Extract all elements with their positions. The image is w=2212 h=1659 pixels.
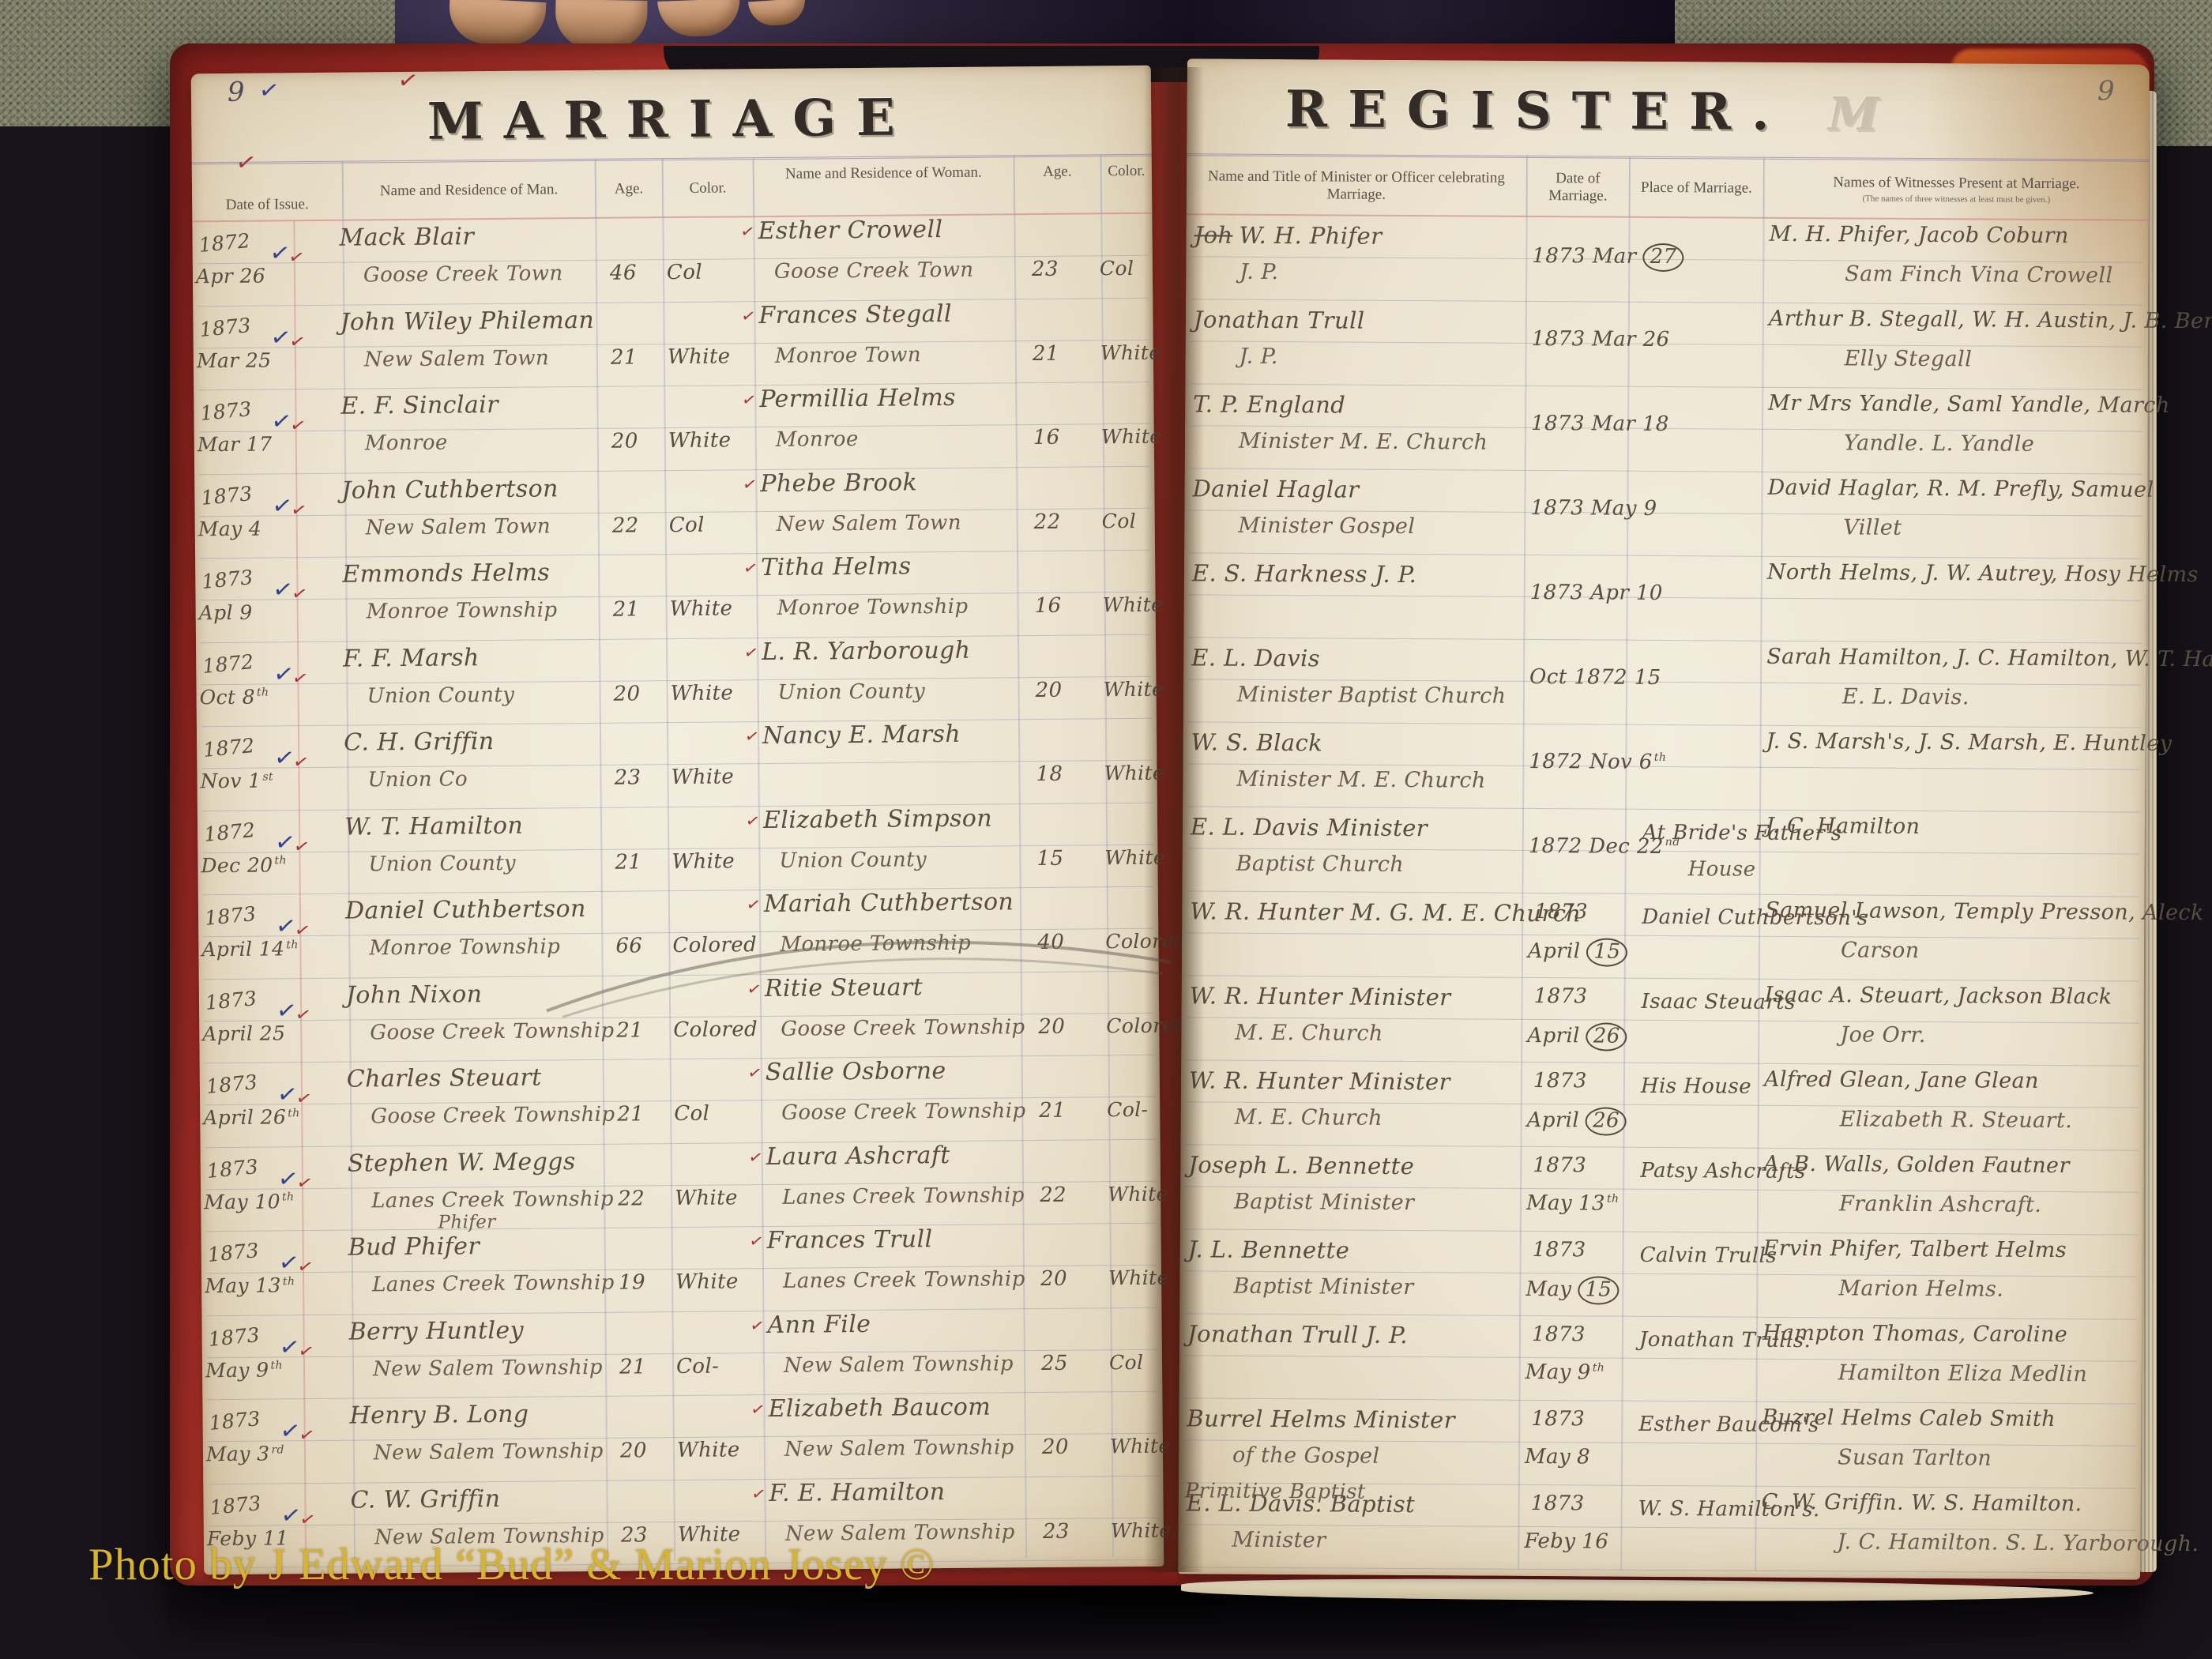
witnesses-line1: Sarah Hamilton, J. C. Hamilton, W. T. Ha… (1766, 645, 2212, 672)
woman-name: Permillia Helms (759, 384, 956, 413)
woman-age: 21 (1039, 1099, 1066, 1123)
man-name: Henry B. Long (349, 1401, 529, 1430)
witnesses-line1: Isaac A. Steuart, Jackson Black (1765, 983, 2112, 1010)
witnesses-line1: Alfred Glean, Jane Glean (1764, 1067, 2039, 1093)
man-age: 21 (615, 850, 641, 874)
ordinal-suffix: th (1654, 751, 1667, 764)
ordinal-suffix: th (1607, 1193, 1619, 1206)
man-residence: Lanes Creek Township (371, 1187, 614, 1213)
issue-year: 1873 (199, 397, 253, 425)
witnesses-line1: North Helms, J. W. Autrey, Hosy Helms (1767, 560, 2199, 587)
woman-residence: Lanes Creek Township (782, 1183, 1025, 1209)
issue-year: 1873 (208, 1407, 261, 1435)
column-header-date-of-marriage: Date of Marriage. (1526, 158, 1629, 216)
issue-year: 1872 (197, 229, 251, 257)
witnesses-line1: J. S. Marsh's, J. S. Marsh, E. Huntley (1766, 729, 2172, 756)
woman-age: 16 (1035, 594, 1062, 618)
register-row: E. L. DavisMinister Baptist ChurchOct 18… (1183, 638, 2146, 728)
check-mark-red-icon: ✓ (739, 223, 756, 242)
witnesses-line1: Samuel Lawson, Temply Presson, Aleck (1765, 898, 2204, 925)
woman-age: 16 (1033, 426, 1060, 450)
issue-month-day: May 9th (205, 1358, 283, 1382)
man-color: Col (667, 261, 702, 284)
minister-name: Daniel Haglar (1192, 475, 1359, 502)
witnesses-line2: E. L. Davis. (1842, 684, 1969, 709)
book-spine-shadow (1144, 67, 1204, 1572)
marriage-month-day: 1873 Mar 18 (1531, 412, 1669, 436)
marriage-year: 1873 (1533, 1238, 1586, 1262)
issue-month-day: Nov 1st (200, 769, 273, 792)
man-residence: Union County (368, 851, 516, 876)
minister-title: Minister M. E. Church (1236, 767, 1486, 793)
issue-month-day: April 26th (203, 1105, 300, 1129)
issue-month-day: April 25 (202, 1021, 285, 1045)
check-mark-red-icon: ✓ (750, 1484, 767, 1503)
man-color: White (671, 849, 735, 874)
man-age: 66 (615, 934, 642, 957)
man-name: C. W. Griffin (350, 1484, 500, 1514)
woman-residence: Monroe Town (775, 343, 921, 368)
minister-title: J. P. (1239, 344, 1277, 369)
issue-month-day: May 4 (198, 517, 262, 540)
man-residence: New Salem Town (366, 514, 551, 540)
woman-color: Col (1102, 509, 1137, 532)
minister-name: Jonathan Trull J. P. (1187, 1320, 1408, 1349)
woman-color: Col- (1107, 1098, 1148, 1121)
man-age: 21 (611, 345, 638, 369)
man-name: John Cuthbertson (341, 475, 559, 504)
column-header-woman: Name and Residence of Woman. (753, 157, 1014, 216)
register-row: Jonathan TrullJ. P.1873 Mar 26Arthur B. … (1185, 299, 2148, 389)
woman-name: Nancy E. Marsh (762, 720, 961, 750)
woman-age: 23 (1043, 1519, 1070, 1543)
marriage-month-day: May15 (1525, 1276, 1619, 1305)
register-rows: JohW. H. PhiferJ. P.1873 Mar27M. H. Phif… (1178, 215, 2148, 1573)
minister-title: Minister Gospel (1238, 513, 1415, 539)
man-residence: Monroe Township (369, 935, 560, 960)
issue-year: 1873 (207, 1239, 261, 1266)
man-name: Emmonds Helms (342, 559, 550, 588)
woman-residence: New Salem Township (784, 1352, 1014, 1378)
check-mark-red-icon: ✓ (298, 1509, 317, 1530)
column-header-age: Age. (1014, 156, 1101, 213)
woman-residence: New Salem Township (784, 1435, 1014, 1461)
minister-name: W. S. Black (1191, 728, 1322, 756)
witnesses-line1: M. H. Phifer, Jacob Coburn (1769, 222, 2068, 248)
woman-name: F. E. Hamilton (769, 1478, 945, 1507)
witnesses-line1: David Haglar, R. M. Prefly, Samuel (1767, 476, 2154, 502)
day-number: 16 (1582, 1529, 1608, 1553)
circled-day-number: 15 (1586, 938, 1627, 966)
woman-name: Ann File (767, 1310, 871, 1338)
check-mark-red-icon: ✓ (288, 415, 307, 436)
woman-age: 25 (1041, 1351, 1068, 1375)
marriage-row: 1872Nov 1st✓✓C. H. GriffinUnion Co23Whit… (197, 719, 1157, 811)
marriage-month-day: Feby16 (1524, 1529, 1608, 1554)
marriage-month-day: 1873 Mar27 (1532, 243, 1683, 272)
marriage-year: 1873 (1534, 984, 1588, 1008)
minister-name: W. R. Hunter M. G. M. E. Church (1190, 897, 1581, 927)
witnesses-line1: A. B. Walls, Golden Fautner (1763, 1152, 2070, 1178)
man-name: W. T. Hamilton (344, 811, 523, 841)
marriage-year: 1873 (1532, 1322, 1586, 1346)
man-residence: Union Co (367, 767, 468, 792)
witnesses-line2: Susan Tarlton (1838, 1445, 1992, 1470)
woman-residence: Goose Creek Township (781, 1015, 1025, 1041)
marriage-month-day: April15 (1528, 938, 1628, 967)
issue-month-day: Apr 26 (196, 265, 265, 288)
check-mark-red-icon: ✓ (743, 643, 759, 662)
marriage-year: 1873 (1533, 1069, 1587, 1093)
marriage-row: 1872Apr 26✓✓Mack BlairGoose Creek Town46… (192, 214, 1153, 307)
woman-age: 15 (1036, 846, 1063, 870)
faded-letter-m: M (1828, 87, 1886, 141)
check-mark-red-icon: ✓ (295, 1172, 314, 1194)
register-row: E. L. Davis MinisterBaptist Church1872 D… (1182, 807, 2145, 897)
witnesses-line2: Hamilton Eliza Medlin (1838, 1360, 2088, 1386)
witnesses-line2: Yandle. L. Yandle (1844, 431, 2034, 456)
marriage-row: 1873April 14th✓✓Daniel CuthbertsonMonroe… (198, 887, 1159, 980)
man-residence: Goose Creek Township (371, 1103, 615, 1129)
register-row: Joseph L. BennetteBaptist Minister1873Ma… (1180, 1145, 2143, 1235)
register-row: Burrel Helms Ministerof the GospelPrimit… (1179, 1398, 2142, 1488)
issue-month-day: May 3rd (206, 1442, 284, 1465)
issue-year: 1873 (207, 1322, 261, 1350)
place-of-marriage: His House (1641, 1074, 1751, 1099)
issue-year: 1872 (201, 649, 255, 677)
register-row: Jonathan Trull J. P.1873May9thJonathan T… (1179, 1314, 2142, 1404)
check-mark-red-icon: ✓ (743, 728, 760, 747)
register-row: Daniel HaglarMinister Gospel1873 May 9Da… (1184, 468, 2147, 559)
ordinal-suffix: th (1593, 1362, 1605, 1375)
issue-month-day: Dec 20th (201, 853, 287, 877)
register-row: E. S. Harkness J. P.1873 Apr 10North Hel… (1183, 553, 2146, 643)
issue-month-day: Mar 17 (197, 432, 273, 456)
issue-month-day: Mar 25 (197, 348, 272, 372)
man-name: Bud Phifer (348, 1232, 480, 1261)
circled-day-number: 26 (1586, 1022, 1627, 1051)
man-residence: New Salem Township (373, 1355, 603, 1381)
man-name: John Wiley Phileman (340, 306, 594, 336)
witnesses-line2: Elly Stegall (1844, 346, 1972, 371)
check-mark-red-icon: ✓ (295, 1256, 314, 1277)
marriage-row: 1873May 13th✓✓PhiferBud PhiferLanes Cree… (201, 1224, 1162, 1316)
man-color: Col (669, 513, 705, 536)
marriage-month-day: May8 (1525, 1445, 1590, 1469)
column-header-place-of-marriage: Place of Marriage. (1629, 159, 1763, 217)
marriage-row: 1872Dec 20th✓✓W. T. HamiltonUnion County… (197, 803, 1158, 895)
marriage-row: 1873May 4✓✓John CuthbertsonNew Salem Tow… (194, 466, 1155, 559)
column-header-minister: Name and Title of Minister or Officer ce… (1187, 156, 1526, 216)
woman-residence: New Salem Town (777, 510, 961, 536)
witnesses-line1: C. W. Griffin. W. S. Hamilton. (1762, 1490, 2082, 1516)
man-age: 22 (618, 1187, 645, 1210)
issue-year: 1873 (209, 1491, 262, 1518)
man-residence: New Salem Town (364, 346, 549, 371)
witnesses-line1: J. C. Hamilton (1766, 814, 1920, 839)
witnesses-line1: Mr Mrs Yandle, Saml Yandle, March (1768, 391, 2170, 418)
man-color: White (670, 596, 733, 621)
man-name: Daniel Cuthbertson (345, 895, 586, 925)
witnesses-line1: Arthur B. Stegall, W. H. Austin, J. B. B… (1769, 307, 2212, 334)
man-age: 20 (613, 682, 640, 705)
man-color: White (675, 1270, 739, 1294)
man-residence: New Salem Township (374, 1439, 604, 1465)
check-mark-red-icon: ✓ (750, 1401, 766, 1420)
minister-title: J. P. (1240, 260, 1278, 284)
woman-name: Sallie Osborne (766, 1057, 946, 1086)
witnesses-line1: Buzrel Helms Caleb Smith (1762, 1405, 2056, 1431)
man-name: Mack Blair (339, 223, 474, 251)
woman-residence: Union County (779, 848, 927, 873)
check-mark-red-icon: ✓ (296, 1341, 315, 1362)
register-row: W. R. Hunter MinisterM. E. Church1873Apr… (1181, 976, 2144, 1066)
minister-title-extra: Primitive Baptist (1185, 1479, 1366, 1503)
marriage-year: 1873 (1531, 1407, 1585, 1431)
minister-name: W. R. Hunter Minister (1190, 982, 1451, 1010)
minister-name: T. P. England (1193, 390, 1345, 418)
witnesses-line2: Marion Helms. (1838, 1276, 2003, 1301)
man-age: 19 (619, 1270, 645, 1294)
man-color: White (677, 1438, 740, 1462)
woman-color: Col (1109, 1350, 1144, 1373)
issue-year: 1873 (205, 1070, 259, 1098)
woman-age: 20 (1040, 1267, 1067, 1291)
man-age: 21 (616, 1018, 643, 1042)
photograph-of-marriage-register: 9 ✓ ✓ ✓ MARRIAGE Date of Issue. Name and… (0, 0, 2212, 1659)
register-title-text: REGISTER. (1285, 80, 1790, 142)
woman-residence: Lanes Creek Township (783, 1267, 1025, 1293)
minister-name: W. R. Hunter Minister (1189, 1066, 1450, 1095)
check-mark-red-icon: ✓ (295, 1088, 314, 1109)
man-age: 20 (611, 429, 638, 453)
marriage-row: 1873May 10th✓✓Stephen W. MeggsLanes Cree… (201, 1139, 1161, 1232)
man-residence: Goose Creek Town (363, 261, 563, 287)
woman-name: Ritie Steuart (765, 973, 924, 1003)
check-mark-red-icon: ✓ (294, 1004, 313, 1025)
marriage-row: 1873May 3rd✓✓Henry B. LongNew Salem Town… (202, 1392, 1163, 1484)
check-mark-red-icon: ✓ (747, 1148, 764, 1167)
marriage-month-day: 1872 Nov 6th (1529, 750, 1666, 774)
man-residence: Lanes Creek Township (372, 1271, 615, 1297)
minister-name: E. L. Davis Minister (1191, 813, 1428, 841)
ordinal-suffix: st (262, 770, 273, 783)
marriage-month-day: May9th (1525, 1360, 1605, 1385)
man-name: John Nixon (346, 980, 483, 1010)
woman-age: 22 (1034, 510, 1061, 533)
check-mark-red-icon: ✓ (748, 1232, 765, 1251)
witnesses-line1: Ervin Phifer, Talbert Helms (1763, 1236, 2067, 1262)
check-mark-red-icon: ✓ (746, 980, 762, 999)
woman-age: 18 (1036, 762, 1063, 786)
ordinal-suffix: rd (271, 1443, 284, 1456)
woman-residence: Union County (777, 679, 925, 705)
witnesses-line2: Franklin Ashcraft. (1839, 1191, 2041, 1217)
check-mark-red-icon: ✓ (749, 1316, 766, 1335)
minister-title: Baptist Minister (1234, 1190, 1414, 1215)
circled-day-number: 15 (1578, 1276, 1619, 1304)
register-row: JohW. H. PhiferJ. P.1873 Mar27M. H. Phif… (1186, 215, 2149, 305)
witnesses-line2: Elizabeth R. Steuart. (1840, 1107, 2073, 1133)
marriage-month-day: April26 (1527, 1107, 1627, 1136)
minister-title: Baptist Church (1236, 852, 1405, 877)
witnesses-header-note: (The names of three witnesses at least m… (1862, 194, 2050, 205)
circled-day-number: 26 (1586, 1107, 1627, 1135)
woman-color: Col (1100, 257, 1134, 280)
check-mark-red-icon: ✓ (291, 668, 310, 689)
issue-year: 1872 (202, 734, 256, 762)
woman-residence: Goose Creek Township (781, 1099, 1025, 1125)
issue-month-day: April 14th (201, 937, 299, 961)
column-header-man: Name and Residence of Man. (342, 161, 596, 220)
man-age: 46 (610, 261, 637, 284)
minister-name: Joseph L. Bennette (1188, 1151, 1414, 1179)
minister-title: of the Gospel (1232, 1443, 1380, 1469)
minister-name: E. S. Harkness J. P. (1192, 559, 1417, 588)
woman-residence: Monroe Township (777, 595, 969, 620)
inserted-name: Phifer (438, 1212, 495, 1233)
register-row: W. R. Hunter MinisterM. E. Church1873Apr… (1180, 1060, 2143, 1150)
day-number: 9 (1578, 1360, 1591, 1384)
issue-year: 1872 (203, 818, 257, 845)
man-name: Stephen W. Meggs (348, 1148, 576, 1178)
marriage-year: 1873 (1534, 900, 1588, 924)
woman-age: 40 (1037, 931, 1064, 954)
man-age: 20 (620, 1439, 647, 1462)
minister-title: Minister (1232, 1528, 1326, 1553)
marriage-month-day: 1873 Mar 26 (1532, 327, 1670, 352)
man-age: 21 (613, 597, 640, 621)
day-number: 13 (1578, 1191, 1605, 1215)
minister-title: Minister M. E. Church (1239, 429, 1488, 455)
page-title-marriage: MARRIAGE (191, 86, 1152, 154)
column-header-age: Age. (595, 160, 663, 217)
woman-residence: Goose Creek Town (774, 258, 974, 284)
witnesses-header-text: Names of Witnesses Present at Marriage. (1833, 174, 2079, 193)
woman-name: Phebe Brook (760, 468, 917, 498)
register-row: T. P. EnglandMinister M. E. Church1873 M… (1185, 384, 2148, 474)
marriage-row: 1873Apl 9✓✓Emmonds HelmsMonroe Township2… (195, 551, 1156, 643)
woman-age: 20 (1035, 678, 1062, 702)
man-name: E. F. Sinclair (340, 391, 498, 420)
marriage-month-day: 1873 May 9 (1530, 496, 1657, 521)
woman-name: Esther Crowell (758, 216, 942, 245)
issue-month-day: Apl 9 (199, 601, 253, 625)
check-mark-red-icon: ✓ (297, 1424, 316, 1446)
check-mark-red-icon: ✓ (744, 811, 761, 830)
column-header-date-of-issue: Date of Issue. (192, 164, 343, 221)
circled-day-number: 27 (1642, 243, 1683, 272)
woman-age: 20 (1042, 1435, 1069, 1459)
check-mark-red-icon: ✓ (742, 559, 758, 578)
man-name: F. F. Marsh (343, 644, 480, 673)
photographer-watermark: Photo by J Edward “Bud” & Marion Josey © (88, 1539, 935, 1590)
minister-title: Minister Baptist Church (1237, 683, 1507, 709)
woman-name: L. R. Yarborough (762, 636, 971, 665)
man-color: White (670, 681, 733, 705)
man-age: 21 (617, 1102, 644, 1126)
ordinal-suffix: th (270, 1360, 283, 1372)
register-row: W. S. BlackMinister M. E. Church1872 Nov… (1183, 722, 2146, 812)
left-column-headers: Date of Issue. Name and Residence of Man… (192, 154, 1153, 223)
check-mark-red-icon: ✓ (289, 499, 308, 521)
issue-month-day: May 13th (205, 1273, 295, 1297)
witnesses-line2: Carson (1841, 938, 1920, 963)
marriage-month-day: Oct 1872 15 (1529, 665, 1661, 690)
woman-age: 22 (1040, 1183, 1066, 1206)
check-mark-red-icon: ✓ (293, 920, 312, 941)
check-mark-red-icon: ✓ (745, 896, 762, 915)
minister-title: Baptist Minister (1233, 1274, 1413, 1300)
man-color: White (675, 1186, 738, 1210)
man-residence: Union County (367, 683, 514, 708)
minister-name: Jonathan Trull (1194, 306, 1365, 333)
ordinal-suffix: th (274, 854, 287, 867)
place-of-marriage: Calvin Trulls (1640, 1243, 1777, 1268)
issue-year: 1873 (206, 1154, 260, 1182)
register-left-page: 9 ✓ ✓ ✓ MARRIAGE Date of Issue. Name and… (191, 66, 1164, 1575)
issue-month-day: Oct 8th (199, 685, 269, 709)
marriage-year: 1873 (1531, 1492, 1585, 1515)
marriage-row: 1873Mar 25✓✓John Wiley PhilemanNew Salem… (193, 298, 1153, 390)
woman-age: 21 (1033, 341, 1059, 365)
marriage-year: 1873 (1533, 1153, 1586, 1177)
issue-year: 1873 (204, 902, 258, 930)
day-number: 8 (1577, 1445, 1590, 1469)
right-column-headers: Name and Title of Minister or Officer ce… (1187, 153, 2149, 220)
check-mark-red-icon: ✓ (290, 583, 309, 604)
man-age: 23 (614, 766, 641, 789)
man-color: Colored (672, 933, 757, 957)
issue-year: 1873 (200, 481, 254, 509)
minister-name: E. L. Davis (1191, 644, 1320, 671)
check-mark-red-icon: ✓ (740, 391, 757, 410)
check-mark-red-icon: ✓ (747, 1064, 763, 1083)
minister-title: M. E. Church (1235, 1105, 1383, 1130)
man-residence: Goose Creek Township (370, 1018, 614, 1044)
man-residence: Monroe (365, 431, 448, 456)
marriage-row: 1873April 25✓✓John NixonGoose Creek Town… (199, 971, 1160, 1063)
register-right-page: 9 REGISTER. M Name and Title of Minister… (1178, 58, 2150, 1579)
place-of-marriage-line2: House (1688, 857, 1756, 882)
minister-name: Burrel Helms Minister (1187, 1405, 1455, 1433)
woman-name: Laura Ashcraft (766, 1142, 950, 1171)
man-color: White (671, 765, 734, 789)
register-row: J. L. BennetteBaptist Minister1873May15C… (1179, 1229, 2142, 1319)
check-mark-red-icon: ✓ (741, 475, 758, 494)
man-color: Col- (676, 1354, 720, 1378)
man-name: Berry Huntley (348, 1316, 524, 1345)
marriage-month-day: May13th (1526, 1191, 1619, 1216)
column-header-color: Color. (662, 160, 754, 216)
woman-name: Mariah Cuthbertson (764, 888, 1014, 918)
marriage-row: 1873Mar 17✓✓E. F. SinclairMonroe20White✓… (194, 382, 1154, 475)
man-age: 22 (612, 513, 639, 537)
ordinal-suffix: th (257, 687, 269, 699)
page-title-register: REGISTER. M (1187, 79, 2149, 144)
woman-residence: Monroe Township (780, 931, 971, 957)
marriage-row: 1873April 26th✓✓Charles SteuartGoose Cre… (200, 1055, 1161, 1148)
column-header-witnesses: Names of Witnesses Present at Marriage. … (1763, 160, 2149, 220)
marriage-rows: 1872Apr 26✓✓Mack BlairGoose Creek Town46… (192, 214, 1164, 1569)
man-age: 21 (619, 1355, 646, 1379)
marriage-row: 1872Oct 8th✓✓F. F. MarshUnion County20Wh… (196, 634, 1157, 727)
minister-name: J. L. Bennette (1188, 1236, 1350, 1263)
man-color: White (668, 428, 732, 453)
woman-name: Titha Helms (761, 552, 911, 581)
witnesses-line2: Joe Orr. (1840, 1022, 1926, 1048)
witnesses-line1: Hampton Thomas, Caroline (1762, 1321, 2067, 1347)
